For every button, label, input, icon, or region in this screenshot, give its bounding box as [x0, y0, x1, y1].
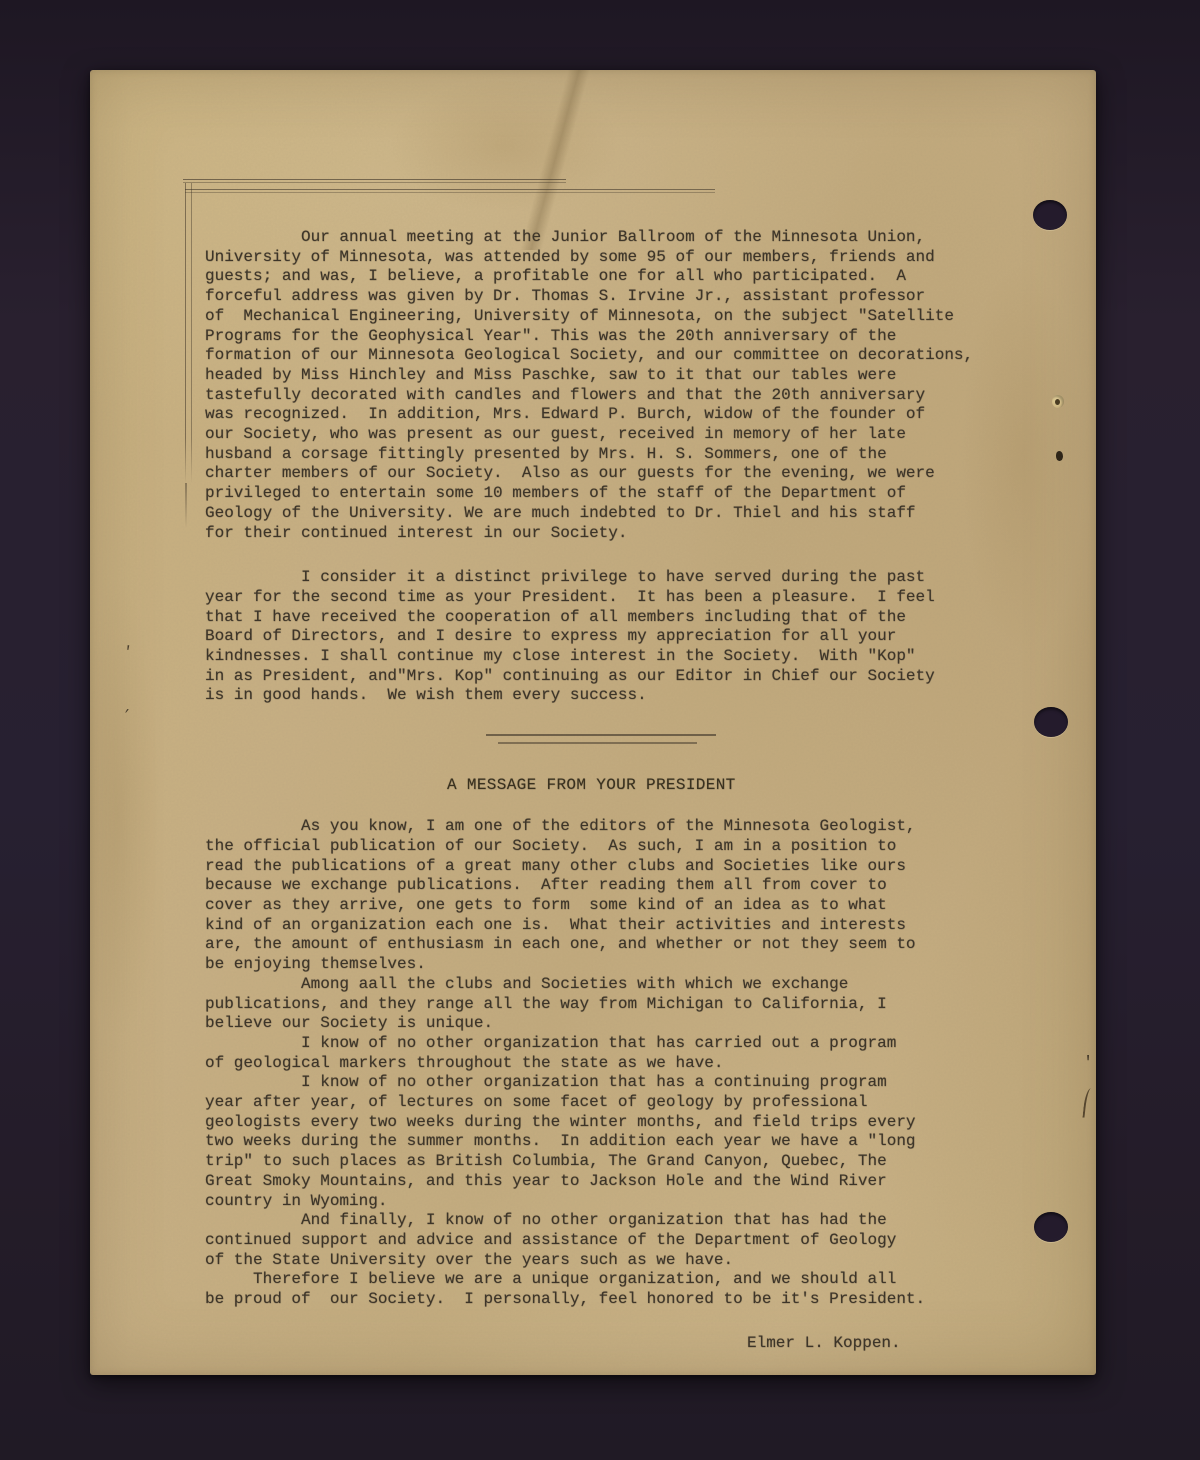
- stray-ink-squiggle: [1082, 1088, 1093, 1119]
- typed-line: kindnesses. I shall continue my close in…: [205, 647, 1025, 667]
- typed-line: husband a corsage fittingly presented by…: [205, 445, 1025, 465]
- typed-line: forceful address was given by Dr. Thomas…: [205, 287, 1025, 307]
- typed-line: tastefully decorated with candles and fl…: [205, 386, 1025, 406]
- stray-ink-mark: ': [122, 644, 133, 660]
- typed-line: geologists every two weeks during the wi…: [205, 1113, 1025, 1133]
- ink-speck: [1056, 451, 1063, 461]
- typed-line: cover as they arrive, one gets to form s…: [205, 896, 1025, 916]
- typed-line: of geological markers throughout the sta…: [205, 1054, 1025, 1074]
- typed-line: guests; and was, I believe, a profitable…: [205, 267, 1025, 287]
- typed-line: in as President, and"Mrs. Kop" continuin…: [205, 667, 1025, 687]
- typed-line: believe our Society is unique.: [205, 1014, 1025, 1034]
- typed-line: charter members of our Society. Also as …: [205, 464, 1025, 484]
- typed-line: formation of our Minnesota Geological So…: [205, 346, 1025, 366]
- typed-divider: [486, 734, 716, 745]
- typed-line: Programs for the Geophysical Year". This…: [205, 327, 1025, 347]
- divider-line-lower: [498, 742, 697, 744]
- stray-ink-mark: ,: [124, 701, 134, 714]
- typed-line: Board of Directors, and I desire to expr…: [205, 627, 1025, 647]
- paragraph-presidents-message: As you know, I am one of the editors of …: [205, 817, 1025, 1310]
- paper-speck: [1052, 395, 1064, 408]
- typed-line: Great Smoky Mountains, and this year to …: [205, 1172, 1025, 1192]
- typed-line: read the publications of a great many ot…: [205, 857, 1025, 877]
- typed-line: year after year, of lectures on some fac…: [205, 1093, 1025, 1113]
- typed-line: I know of no other organization that has…: [205, 1034, 1025, 1054]
- typed-line: Geology of the University. We are much i…: [205, 504, 1025, 524]
- typed-line: is in good hands. We wish them every suc…: [205, 686, 1025, 706]
- typed-line: continued support and advice and assista…: [205, 1231, 1025, 1251]
- typed-rule-top-lower: [185, 189, 715, 193]
- typed-line: trip" to such places as British Columbia…: [205, 1152, 1025, 1172]
- typed-line: of Mechanical Engineering, University of…: [205, 307, 1025, 327]
- typed-line: I know of no other organization that has…: [205, 1073, 1025, 1093]
- typed-line: I consider it a distinct privilege to ha…: [205, 568, 1025, 588]
- divider-line-upper: [486, 734, 716, 736]
- typed-line: privileged to entertain some 10 members …: [205, 484, 1025, 504]
- typed-line: publications, and they range all the way…: [205, 995, 1025, 1015]
- typed-line: Our annual meeting at the Junior Ballroo…: [205, 228, 1025, 248]
- typed-line: be proud of our Society. I personally, f…: [205, 1290, 1025, 1310]
- typed-line: As you know, I am one of the editors of …: [205, 817, 1025, 837]
- typed-rule-left-margin-tail: [185, 483, 187, 528]
- paragraph-annual-meeting: Our annual meeting at the Junior Ballroo…: [205, 228, 1025, 543]
- typed-line: our Society, who was present as our gues…: [205, 425, 1025, 445]
- typed-rule-top-upper: [183, 179, 566, 183]
- typed-line: headed by Miss Hinchley and Miss Paschke…: [205, 366, 1025, 386]
- punch-hole-middle: [1034, 707, 1068, 737]
- typed-rule-left-margin: [185, 183, 192, 483]
- typed-line: was recognized. In addition, Mrs. Edward…: [205, 405, 1025, 425]
- typed-line: of the State University over the years s…: [205, 1251, 1025, 1271]
- scan-background: Our annual meeting at the Junior Ballroo…: [0, 0, 1200, 1460]
- typed-line: year for the second time as your Preside…: [205, 588, 1025, 608]
- punch-hole-bottom: [1034, 1212, 1068, 1242]
- typed-line: University of Minnesota, was attended by…: [205, 248, 1025, 268]
- typed-line: Among aall the clubs and Societies with …: [205, 975, 1025, 995]
- typed-line: because we exchange publications. After …: [205, 876, 1025, 896]
- document-page: Our annual meeting at the Junior Ballroo…: [90, 70, 1096, 1375]
- paper-crease: [510, 70, 600, 250]
- typed-line: Therefore I believe we are a unique orga…: [205, 1270, 1025, 1290]
- letter-body: Our annual meeting at the Junior Ballroo…: [205, 228, 1025, 1353]
- typed-line: two weeks during the summer months. In a…: [205, 1132, 1025, 1152]
- typed-line: that I have received the cooperation of …: [205, 608, 1025, 628]
- typed-line: And finally, I know of no other organiza…: [205, 1211, 1025, 1231]
- typed-line: for their continued interest in our Soci…: [205, 524, 1025, 544]
- stray-ink-mark: ': [1083, 1055, 1093, 1072]
- typed-line: be enjoying themselves.: [205, 955, 1025, 975]
- typed-line: the official publication of our Society.…: [205, 837, 1025, 857]
- section-title: A MESSAGE FROM YOUR PRESIDENT: [447, 775, 1025, 795]
- typed-line: are, the amount of enthusiasm in each on…: [205, 935, 1025, 955]
- typed-line: country in Wyoming.: [205, 1192, 1025, 1212]
- signature-line: Elmer L. Koppen.: [747, 1334, 1025, 1354]
- paragraph-president-farewell: I consider it a distinct privilege to ha…: [205, 568, 1025, 706]
- typed-line: kind of an organization each one is. Wha…: [205, 916, 1025, 936]
- punch-hole-top: [1033, 200, 1067, 230]
